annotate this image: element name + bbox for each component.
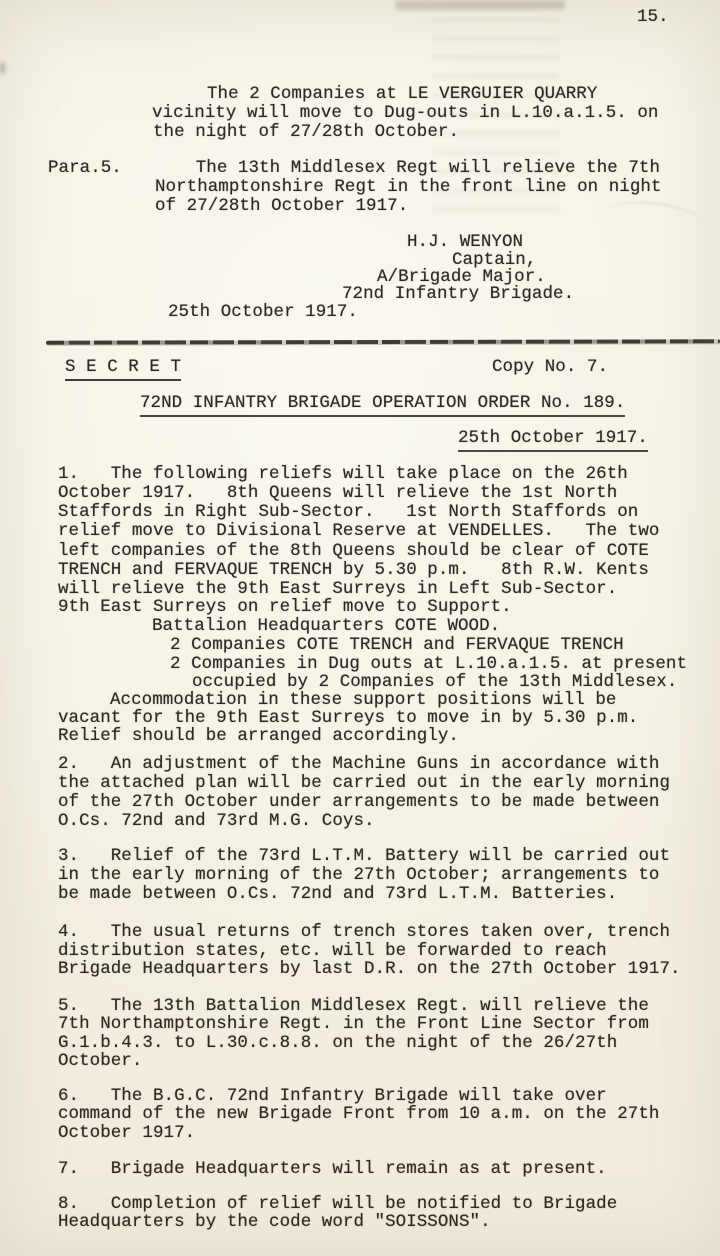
doc-line: 4. The usual returns of trench stores ta… xyxy=(58,923,670,942)
doc-line: 2. An adjustment of the Machine Guns in … xyxy=(58,755,659,774)
doc-line: TRENCH and FERVAQUE TRENCH by 5.30 p.m. … xyxy=(58,561,649,580)
signature-unit: 72nd Infantry Brigade. xyxy=(342,285,574,304)
doc-line: Para.5. The 13th Middlesex Regt will rel… xyxy=(48,159,660,178)
divider-line xyxy=(46,339,720,344)
doc-line: Relief should be arranged accordingly. xyxy=(58,727,459,746)
doc-line: October. xyxy=(58,1052,142,1071)
scanned-document-page: 15. The 2 Companies at LE VERGUIER QUARR… xyxy=(0,0,720,1256)
doc-line: 9th East Surreys on relief move to Suppo… xyxy=(58,598,512,617)
doc-line: 7th Northamptonshire Regt. in the Front … xyxy=(58,1015,649,1034)
doc-line: the attached plan will be carried out in… xyxy=(58,774,670,793)
doc-line: The 2 Companies at LE VERGUIER QUARRY xyxy=(207,85,597,104)
classification-label: S E C R E T xyxy=(65,358,181,381)
doc-line: October 1917. 8th Queens will relieve th… xyxy=(58,484,617,503)
doc-line: be made between O.Cs. 72nd and 73rd L.T.… xyxy=(58,885,617,904)
doc-line: 2 Companies COTE TRENCH and FERVAQUE TRE… xyxy=(170,636,624,655)
doc-line: Staffords in Right Sub-Sector. 1st North… xyxy=(58,503,638,522)
doc-line: October 1917. xyxy=(58,1124,195,1143)
doc-line: in the early morning of the 27th October… xyxy=(58,866,659,885)
doc-line: command of the new Brigade Front from 10… xyxy=(58,1105,659,1124)
order-date: 25th October 1917. xyxy=(458,429,648,452)
doc-line: vicinity will move to Dug-outs in L.10.a… xyxy=(152,104,658,123)
doc-line: 7. Brigade Headquarters will remain as a… xyxy=(58,1160,607,1179)
doc-line: the night of 27/28th October. xyxy=(153,123,459,142)
page-number: 15. xyxy=(637,8,669,27)
doc-line: 1. The following reliefs will take place… xyxy=(58,465,628,484)
doc-line: Headquarters by the code word "SOISSONS"… xyxy=(58,1213,491,1232)
signature-date: 25th October 1917. xyxy=(168,303,358,322)
doc-line: Northamptonshire Regt in the front line … xyxy=(155,178,661,197)
bleed-through-smudge xyxy=(395,0,565,10)
doc-line: left companies of the 8th Queens should … xyxy=(58,542,649,561)
order-title: 72ND INFANTRY BRIGADE OPERATION ORDER No… xyxy=(140,394,625,417)
scan-edge-mark xyxy=(0,62,5,74)
doc-line: 3. Relief of the 73rd L.T.M. Battery wil… xyxy=(58,847,670,866)
doc-line: of the 27th October under arrangements t… xyxy=(58,793,659,812)
doc-line: of 27/28th October 1917. xyxy=(155,197,408,216)
doc-line: O.Cs. 72nd and 73rd M.G. Coys. xyxy=(58,812,375,831)
doc-line: relief move to Divisional Reserve at VEN… xyxy=(58,522,659,541)
doc-line: Brigade Headquarters by last D.R. on the… xyxy=(58,960,681,979)
copy-number: Copy No. 7. xyxy=(492,358,608,377)
doc-line: Battalion Headquarters COTE WOOD. xyxy=(152,617,500,636)
paper-crease-mark xyxy=(607,197,705,237)
